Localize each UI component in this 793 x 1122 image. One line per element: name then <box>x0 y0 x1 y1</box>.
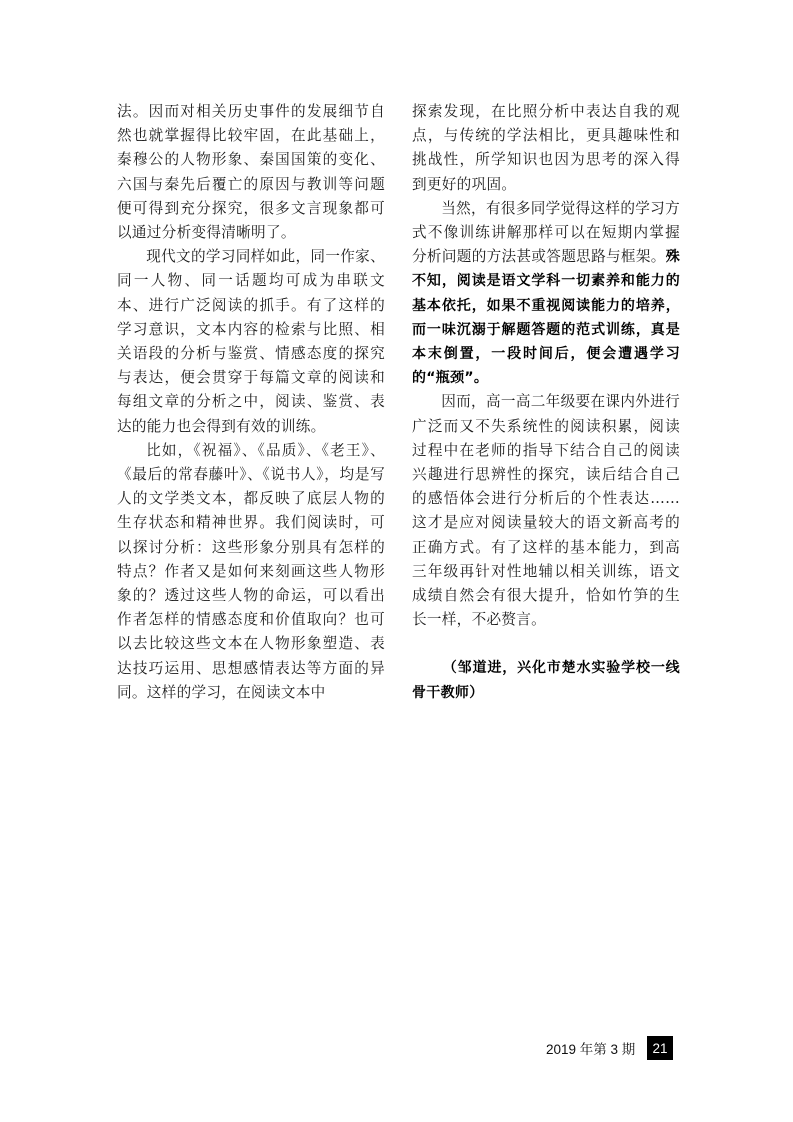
paragraph-conclusion: 因而，高一高二年级要在课内外进行广泛而又不失系统性的阅读积累，阅读过程中在老师的… <box>412 390 680 632</box>
paragraph-however: 当然，有很多同学觉得这样的学习方式不像训练讲解那样可以在短期内掌握分析问题的方法… <box>412 197 680 391</box>
bold-emphasis-text: 殊不知，阅读是语文学科一切素养和能力的基本依托，如果不重视阅读能力的培养，而一味… <box>412 249 680 386</box>
author-byline: （邹道进，兴化市楚水实验学校一线骨干教师） <box>412 656 680 704</box>
right-column: 探索发现，在比照分析中表达自我的观点，与传统的学法相比，更具趣味性和挑战性，所学… <box>412 100 680 705</box>
left-column: 法。因而对相关历史事件的发展细节自然也就掌握得比较牢固，在此基础上，秦穆公的人物… <box>117 100 385 705</box>
paragraph-continuation-right: 探索发现，在比照分析中表达自我的观点，与传统的学法相比，更具趣味性和挑战性，所学… <box>412 100 680 197</box>
paragraph-examples: 比如，《祝福》、《品质》、《老王》、《最后的常春藤叶》、《说书人》，均是写人的文… <box>117 439 385 705</box>
issue-label: 2019 年第 3 期 <box>546 1038 635 1058</box>
paragraph-modern-text: 现代文的学习同样如此，同一作家、同一人物、同一话题均可成为串联文本、进行广泛阅读… <box>117 245 385 439</box>
page-number: 21 <box>647 1036 673 1060</box>
normal-text: 当然，有很多同学觉得这样的学习方式不像训练讲解那样可以在短期内掌握分析问题的方法… <box>412 200 680 265</box>
paragraph-continuation: 法。因而对相关历史事件的发展细节自然也就掌握得比较牢固，在此基础上，秦穆公的人物… <box>117 100 385 245</box>
